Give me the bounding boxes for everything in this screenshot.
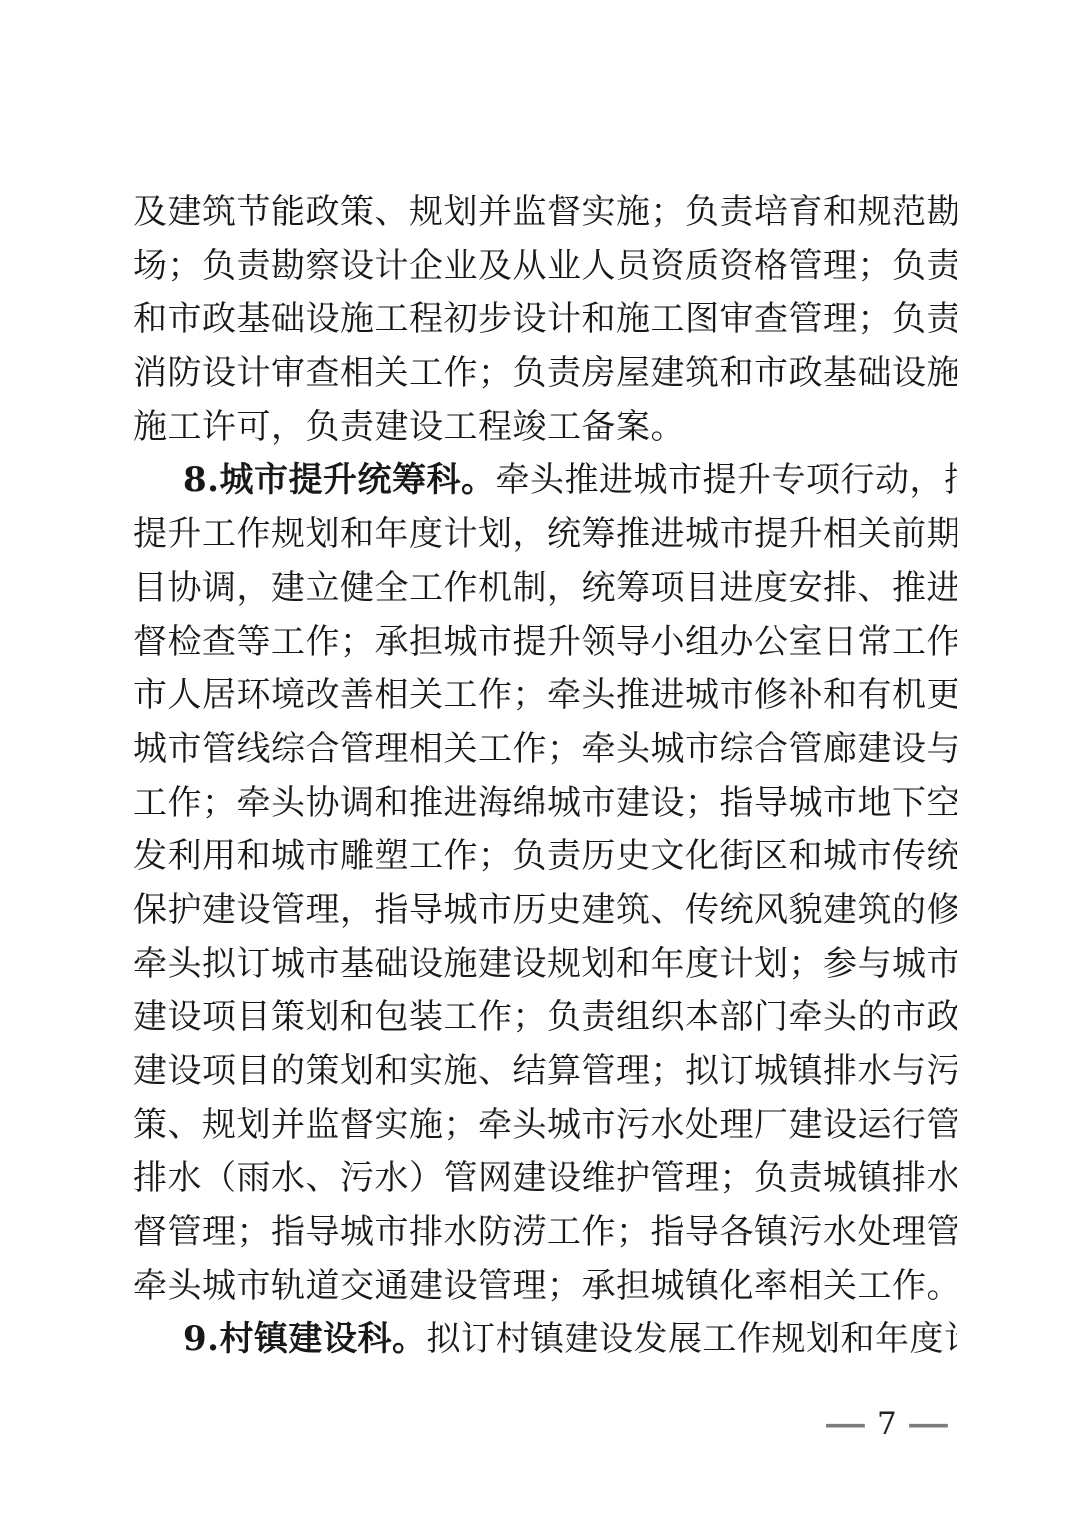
text-line: 目协调，建立健全工作机制，统筹项目进度安排、推进实施、监: [133, 562, 957, 616]
text-line: 及建筑节能政策、规划并监督实施；负责培育和规范勘察设计市: [133, 186, 957, 240]
section-heading-8: 8.城市提升统筹科。: [183, 460, 496, 500]
text-line: 牵头拟订城市基础设施建设规划和年度计划；参与城市基础设施: [133, 938, 957, 992]
text-line: 建设项目策划和包装工作；负责组织本部门牵头的市政基础设施: [133, 991, 957, 1045]
text-line: 督管理；指导城市排水防涝工作；指导各镇污水处理管理工作；: [133, 1206, 957, 1260]
text-line: 和市政基础设施工程初步设计和施工图审查管理；负责建设工程: [133, 293, 957, 347]
text-line: 保护建设管理，指导城市历史建筑、传统风貌建筑的修复建设；: [133, 884, 957, 938]
document-page: 及建筑节能政策、规划并监督实施；负责培育和规范勘察设计市 场；负责勘察设计企业及…: [0, 0, 1075, 1520]
page-number-value: 7: [877, 1404, 897, 1444]
page-number: — 7 —: [830, 1404, 944, 1444]
text-line: 施工许可，负责建设工程竣工备案。: [133, 401, 957, 455]
footer-dash-right: —: [907, 1404, 950, 1444]
text-line: 策、规划并监督实施；牵头城市污水处理厂建设运行管理和城市: [133, 1099, 957, 1153]
text-line-section-9: 9.村镇建设科。拟订村镇建设发展工作规划和年度计划并监: [133, 1313, 957, 1367]
text-line-section-8: 8.城市提升统筹科。牵头推进城市提升专项行动，拟订城市: [133, 454, 957, 508]
text-line: 牵头城市轨道交通建设管理；承担城镇化率相关工作。: [133, 1260, 957, 1314]
text-block: 及建筑节能政策、规划并监督实施；负责培育和规范勘察设计市 场；负责勘察设计企业及…: [133, 186, 957, 1367]
section-8-body-start: 牵头推进城市提升专项行动，拟订城市: [496, 460, 958, 500]
footer-dash-left: —: [824, 1404, 867, 1444]
section-heading-9: 9.村镇建设科。: [183, 1319, 427, 1359]
text-line: 城市管线综合管理相关工作；牵头城市综合管廊建设与管理相关: [133, 723, 957, 777]
text-line: 市人居环境改善相关工作；牵头推进城市修补和有机更新；牵头: [133, 669, 957, 723]
text-line: 发利用和城市雕塑工作；负责历史文化街区和城市传统风貌区的: [133, 830, 957, 884]
text-line: 建设项目的策划和实施、结算管理；拟订城镇排水与污水处理政: [133, 1045, 957, 1099]
text-line: 提升工作规划和年度计划，统筹推进城市提升相关前期工作和项: [133, 508, 957, 562]
text-line: 工作；牵头协调和推进海绵城市建设；指导城市地下空间综合开: [133, 777, 957, 831]
text-line: 排水（雨水、污水）管网建设维护管理；负责城镇排水监测的监: [133, 1152, 957, 1206]
text-line: 消防设计审查相关工作；负责房屋建筑和市政基础设施建设工程: [133, 347, 957, 401]
text-line: 督检查等工作；承担城市提升领导小组办公室日常工作；承担城: [133, 616, 957, 670]
section-9-body-start: 拟订村镇建设发展工作规划和年度计划并监: [427, 1319, 958, 1359]
text-line: 场；负责勘察设计企业及从业人员资质资格管理；负责房屋建筑: [133, 240, 957, 294]
